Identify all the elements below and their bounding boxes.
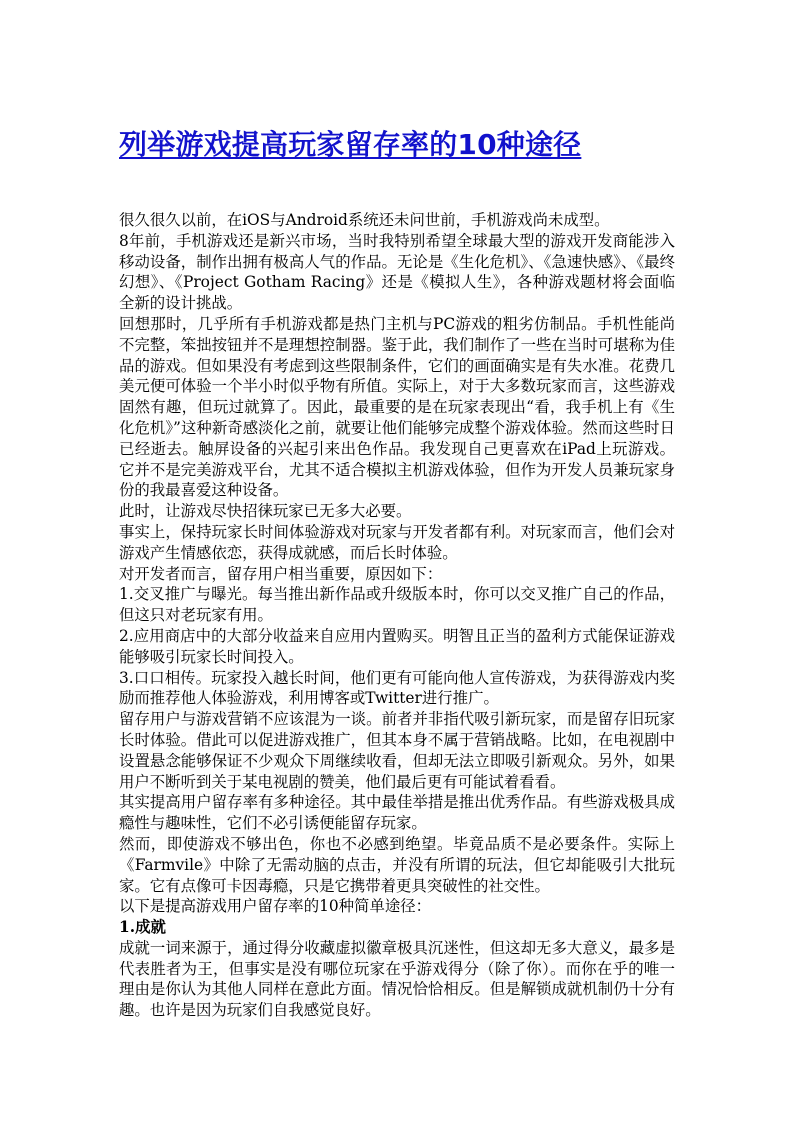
- paragraph-in-fact: 事实上，保持玩家长时间体验游戏对玩家与开发者都有利。对玩家而言，他们会对游戏产生…: [119, 522, 675, 564]
- paragraph-looking-back: 回想那时，几乎所有手机游戏都是热门主机与PC游戏的粗劣仿制品。手机性能尚不完整，…: [119, 314, 675, 501]
- paragraph-no-need: 此时，让游戏尽快招徕玩家已无多大必要。: [119, 501, 675, 522]
- list-item-cross-promotion: 1.交叉推广与曝光。每当推出新作品或升级版本时，你可以交叉推广自己的作品，但这只…: [119, 584, 675, 626]
- document-page: 列举游戏提高玩家留存率的10种途径 很久很久以前，在iOS与Android系统还…: [0, 0, 794, 1123]
- paragraph-ten-ways-intro: 以下是提高游戏用户留存率的10种简单途径：: [119, 896, 675, 917]
- paragraph-farmville: 然而，即使游戏不够出色，你也不必感到绝望。毕竟品质不是必要条件。实际上《Farm…: [119, 834, 675, 896]
- paragraph-achievements: 成就一词来源于，通过得分收藏虚拟徽章极具沉迷性，但这却无多大意义，最多是代表胜者…: [119, 938, 675, 1021]
- paragraph-eight-years-ago: 8年前，手机游戏还是新兴市场，当时我特别希望全球最大型的游戏开发商能涉入移动设备…: [119, 231, 675, 314]
- document-body: 很久很久以前，在iOS与Android系统还未问世前，手机游戏尚未成型。 8年前…: [119, 210, 675, 1021]
- paragraph-many-ways: 其实提高用户留存率有多种途径。其中最佳举措是推出优秀作品。有些游戏极具成瘾性与趣…: [119, 792, 675, 834]
- section-heading-achievements: 1.成就: [119, 917, 675, 938]
- document-title-link[interactable]: 列举游戏提高玩家留存率的10种途径: [119, 126, 581, 164]
- paragraph-intro: 很久很久以前，在iOS与Android系统还未问世前，手机游戏尚未成型。: [119, 210, 675, 231]
- paragraph-retention-vs-marketing: 留存用户与游戏营销不应该混为一谈。前者并非指代吸引新玩家，而是留存旧玩家长时体验…: [119, 709, 675, 792]
- paragraph-for-developers: 对开发者而言，留存用户相当重要，原因如下：: [119, 564, 675, 585]
- list-item-word-of-mouth: 3.口口相传。玩家投入越长时间，他们更有可能向他人宣传游戏，为获得游戏内奖励而推…: [119, 668, 675, 710]
- list-item-in-app-purchase: 2.应用商店中的大部分收益来自应用内置购买。明智且正当的盈利方式能保证游戏能够吸…: [119, 626, 675, 668]
